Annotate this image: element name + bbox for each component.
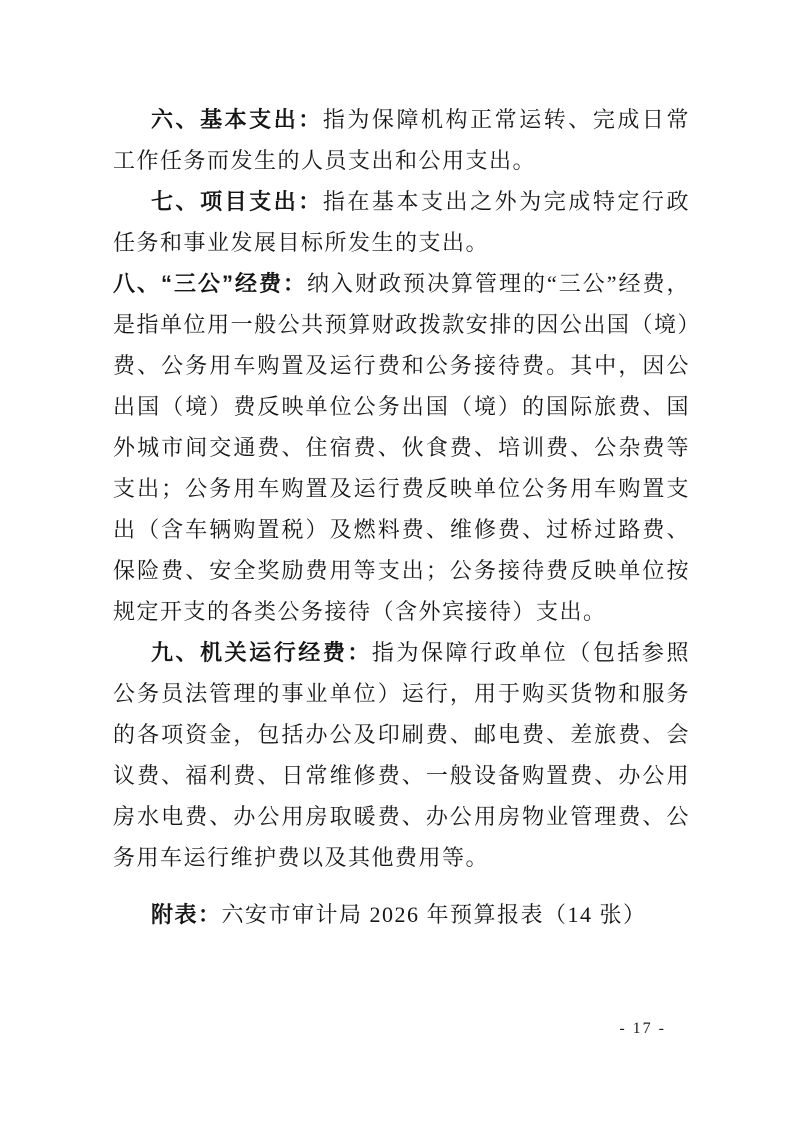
- attachment-lead: 附表：: [151, 902, 222, 927]
- page-number: - 17 -: [619, 1020, 666, 1038]
- paragraph-body: 指为保障行政单位（包括参照公务员法管理的事业单位）运行，用于购买货物和服务的各项…: [113, 640, 690, 870]
- attachment-note: 附表：六安市审计局 2026 年预算报表（14 张）: [113, 894, 690, 935]
- paragraph-lead: 八、“三公”经费：: [113, 271, 307, 296]
- paragraph-agency-operating-funds: 九、机关运行经费：指为保障行政单位（包括参照公务员法管理的事业单位）运行，用于购…: [113, 632, 690, 878]
- paragraph-project-expenditure: 七、项目支出：指在基本支出之外为完成特定行政任务和事业发展目标所发生的支出。: [113, 181, 690, 263]
- paragraph-body: 纳入财政预决算管理的“三公”经费，是指单位用一般公共预算财政拨款安排的因公出国（…: [113, 271, 690, 624]
- paragraph-three-public-funds: 八、“三公”经费：纳入财政预决算管理的“三公”经费，是指单位用一般公共预算财政拨…: [113, 263, 690, 632]
- paragraph-lead: 六、基本支出：: [151, 107, 323, 132]
- document-page: 六、基本支出：指为保障机构正常运转、完成日常工作任务而发生的人员支出和公用支出。…: [0, 0, 793, 1122]
- document-body: 六、基本支出：指为保障机构正常运转、完成日常工作任务而发生的人员支出和公用支出。…: [113, 99, 690, 935]
- attachment-body: 六安市审计局 2026 年预算报表（14 张）: [222, 902, 647, 927]
- paragraph-lead: 七、项目支出：: [151, 189, 323, 214]
- paragraph-lead: 九、机关运行经费：: [151, 640, 372, 665]
- paragraph-basic-expenditure: 六、基本支出：指为保障机构正常运转、完成日常工作任务而发生的人员支出和公用支出。: [113, 99, 690, 181]
